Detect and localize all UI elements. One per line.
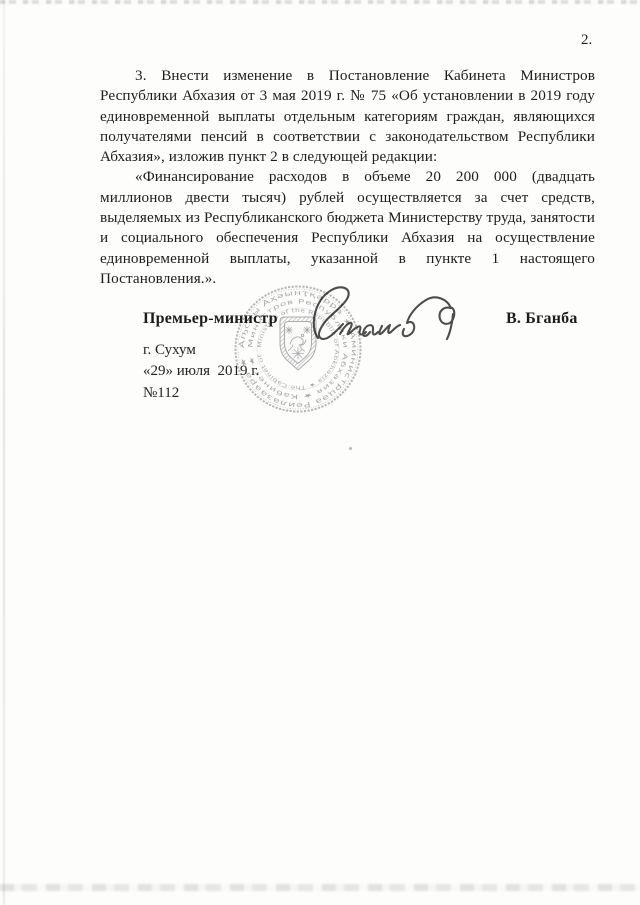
handwritten-signature	[294, 281, 484, 347]
text-line: и социального обеспечения Республики Абх…	[100, 228, 595, 248]
page-number: 2.	[581, 32, 592, 49]
text-line: Республики Абхазия от 3 мая 2019 г. № 75…	[100, 86, 595, 106]
scan-edge-artifact-top	[0, 0, 640, 4]
text-line: единовременной выплаты отдельным категор…	[100, 107, 595, 127]
paragraph-financing: «Финансирование расходов в объеме 20 200…	[100, 167, 595, 289]
text-line: миллионов двести тысяч) рублей осуществл…	[100, 188, 595, 208]
scan-edge-artifact-bottom	[0, 884, 640, 891]
document-page: 2. 3. Внести изменение в Постановление К…	[0, 0, 640, 905]
text-line: выделяемых из Республиканского бюджета М…	[100, 208, 595, 228]
document-number: №112	[143, 385, 179, 402]
signer-name: В. Бганба	[506, 310, 578, 328]
text-line: единовременной выплаты, указанной в пунк…	[100, 249, 595, 269]
paragraph-amendment: 3. Внести изменение в Постановление Каби…	[100, 66, 595, 167]
scan-edge-artifact-left	[3, 0, 5, 905]
shield-sun-star	[293, 348, 304, 359]
text-line: «Финансирование расходов в объеме 20 200…	[100, 167, 595, 187]
text-line: Абхазия», изложив пункт 2 в следующей ре…	[100, 147, 595, 167]
scan-speck	[349, 447, 352, 450]
text-line: получателями пенсий в соответствии с зак…	[100, 127, 595, 147]
text-line: 3. Внести изменение в Постановление Каби…	[100, 66, 595, 86]
date-line: «29» июля 2019 г.	[143, 363, 259, 380]
decree-body-text: 3. Внести изменение в Постановление Каби…	[100, 66, 595, 289]
shield-star-top-left	[286, 327, 293, 334]
city-line: г. Сухум	[143, 342, 196, 359]
